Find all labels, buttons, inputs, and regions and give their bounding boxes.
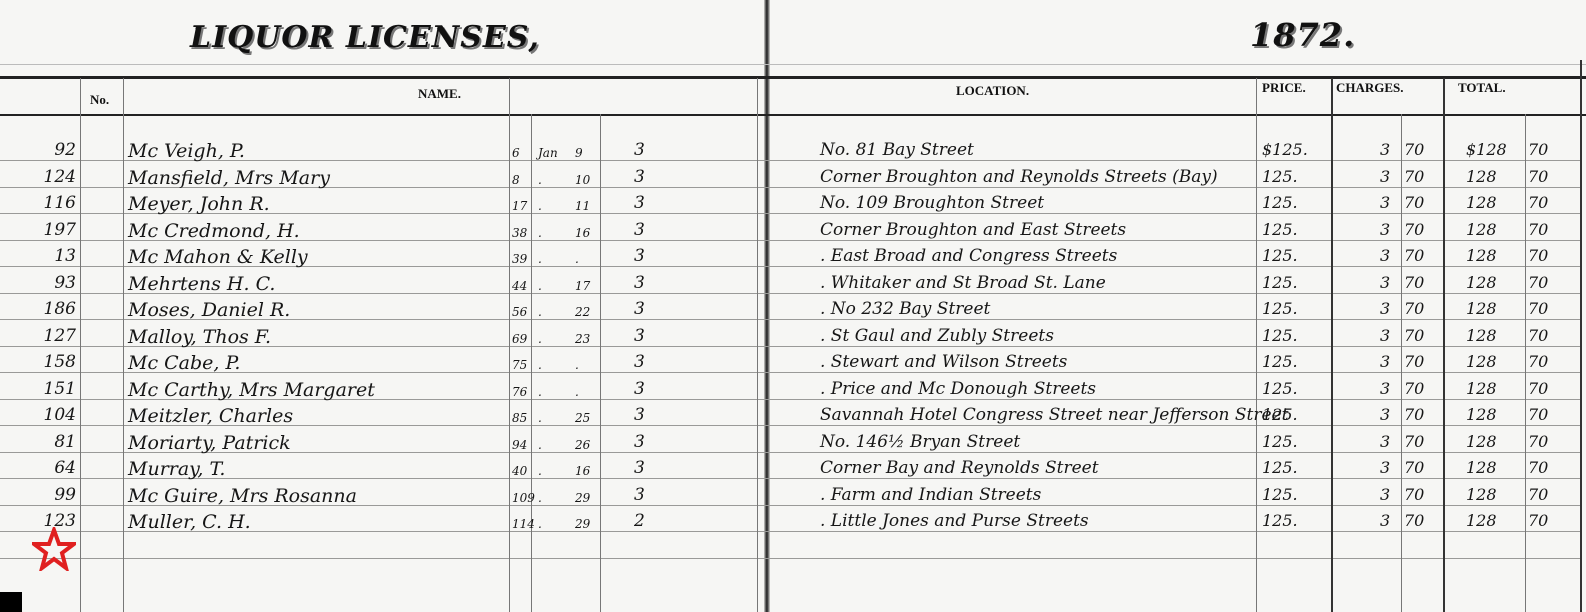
entry-month: . bbox=[538, 173, 542, 187]
page-title: LIQUOR LICENSES, bbox=[190, 20, 540, 55]
table-row: 151Mc Carthy, Mrs Margaret76..3. Price a… bbox=[0, 379, 1580, 405]
table-row: 99Mc Guire, Mrs Rosanna109.293. Farm and… bbox=[0, 485, 1580, 511]
entry-charges-dollars: 3 bbox=[1380, 458, 1390, 477]
entry-location: Corner Bay and Reynolds Street bbox=[820, 458, 1099, 478]
entry-price: 125. bbox=[1262, 405, 1298, 424]
entry-charges-cents: 70 bbox=[1404, 432, 1424, 451]
entry-folio: 39 bbox=[512, 252, 527, 266]
entry-number: 124 bbox=[36, 167, 76, 187]
entry-charges-cents: 70 bbox=[1404, 485, 1424, 504]
table-row: 104Meitzler, Charles85.253Savannah Hotel… bbox=[0, 405, 1580, 431]
header-charges: CHARGES. bbox=[1336, 80, 1404, 96]
entry-total-cents: 70 bbox=[1528, 458, 1548, 477]
entry-name: Mc Guire, Mrs Rosanna bbox=[128, 485, 357, 507]
entry-total-dollars: 128 bbox=[1466, 485, 1497, 504]
entry-price: 125. bbox=[1262, 458, 1298, 477]
entry-day: . bbox=[575, 385, 579, 399]
table-row: 13Mc Mahon & Kelly39..3. East Broad and … bbox=[0, 246, 1580, 272]
entry-name: Moriarty, Patrick bbox=[128, 432, 291, 454]
top-rule bbox=[0, 64, 1586, 65]
header-name: NAME. bbox=[418, 86, 461, 102]
entry-price: 125. bbox=[1262, 299, 1298, 318]
entry-total-dollars: 128 bbox=[1466, 299, 1497, 318]
table-row: 93Mehrtens H. C.44.173. Whitaker and St … bbox=[0, 273, 1580, 299]
entry-total-cents: 70 bbox=[1528, 405, 1548, 424]
entry-charges-dollars: 3 bbox=[1380, 140, 1390, 159]
entry-number: 186 bbox=[36, 299, 76, 319]
entry-number: 13 bbox=[36, 246, 76, 266]
entry-count: 3 bbox=[634, 485, 645, 505]
entry-name: Murray, T. bbox=[128, 458, 225, 480]
entry-price: $125. bbox=[1262, 140, 1308, 159]
entry-total-dollars: 128 bbox=[1466, 246, 1497, 265]
entry-price: 125. bbox=[1262, 511, 1298, 530]
table-row: 186Moses, Daniel R.56.223. No 232 Bay St… bbox=[0, 299, 1580, 325]
entry-day: 26 bbox=[575, 438, 590, 452]
entry-day: 23 bbox=[575, 332, 590, 346]
entry-location: No. 109 Broughton Street bbox=[820, 193, 1044, 213]
entry-total-dollars: 128 bbox=[1466, 273, 1497, 292]
table-row: 127Malloy, Thos F.69.233. St Gaul and Zu… bbox=[0, 326, 1580, 352]
header-total: TOTAL. bbox=[1458, 80, 1506, 96]
entry-charges-dollars: 3 bbox=[1380, 326, 1390, 345]
entry-count: 3 bbox=[634, 458, 645, 478]
entry-total-dollars: 128 bbox=[1466, 511, 1497, 530]
table-row: 197Mc Credmond, H.38.163Corner Broughton… bbox=[0, 220, 1580, 246]
entry-name: Mc Carthy, Mrs Margaret bbox=[128, 379, 375, 401]
entry-name: Muller, C. H. bbox=[128, 511, 251, 533]
entry-total-dollars: 128 bbox=[1466, 405, 1497, 424]
entry-total-cents: 70 bbox=[1528, 220, 1548, 239]
entry-total-cents: 70 bbox=[1528, 511, 1548, 530]
entry-count: 3 bbox=[634, 352, 645, 372]
entry-folio: 17 bbox=[512, 199, 527, 213]
star-icon bbox=[32, 527, 76, 571]
entry-day: 29 bbox=[575, 491, 590, 505]
entry-folio: 56 bbox=[512, 305, 527, 319]
entry-name: Moses, Daniel R. bbox=[128, 299, 290, 321]
entry-charges-dollars: 3 bbox=[1380, 379, 1390, 398]
entry-folio: 40 bbox=[512, 464, 527, 478]
header-location: LOCATION. bbox=[956, 83, 1029, 99]
entry-folio: 69 bbox=[512, 332, 527, 346]
entry-count: 2 bbox=[634, 511, 645, 531]
entry-day: 9 bbox=[575, 146, 583, 160]
entry-count: 3 bbox=[634, 140, 645, 160]
entry-charges-cents: 70 bbox=[1404, 326, 1424, 345]
entry-charges-cents: 70 bbox=[1404, 458, 1424, 477]
entry-number: 158 bbox=[36, 352, 76, 372]
entry-day: . bbox=[575, 252, 579, 266]
entry-month: . bbox=[538, 385, 542, 399]
year-title: 1872. bbox=[1250, 16, 1355, 54]
entry-location: No. 81 Bay Street bbox=[820, 140, 974, 160]
entry-folio: 6 bbox=[512, 146, 520, 160]
entry-total-cents: 70 bbox=[1528, 432, 1548, 451]
entry-total-cents: 70 bbox=[1528, 273, 1548, 292]
entry-price: 125. bbox=[1262, 326, 1298, 345]
entry-total-dollars: 128 bbox=[1466, 220, 1497, 239]
table-row: 123Muller, C. H.114.292. Little Jones an… bbox=[0, 511, 1580, 537]
entry-charges-cents: 70 bbox=[1404, 511, 1424, 530]
entry-name: Meitzler, Charles bbox=[128, 405, 293, 427]
entry-month: . bbox=[538, 199, 542, 213]
entry-charges-dollars: 3 bbox=[1380, 511, 1390, 530]
entry-day: 17 bbox=[575, 279, 590, 293]
entry-total-dollars: $128 bbox=[1466, 140, 1507, 159]
entry-charges-cents: 70 bbox=[1404, 299, 1424, 318]
entry-count: 3 bbox=[634, 167, 645, 187]
entry-day: 25 bbox=[575, 411, 590, 425]
entry-location: Corner Broughton and East Streets bbox=[820, 220, 1126, 240]
table-row: 116Meyer, John R.17.113No. 109 Broughton… bbox=[0, 193, 1580, 219]
entry-price: 125. bbox=[1262, 273, 1298, 292]
entry-number: 81 bbox=[36, 432, 76, 452]
entry-month: . bbox=[538, 517, 542, 531]
entry-month: . bbox=[538, 438, 542, 452]
entry-charges-dollars: 3 bbox=[1380, 246, 1390, 265]
entry-price: 125. bbox=[1262, 193, 1298, 212]
entry-location: No. 146½ Bryan Street bbox=[820, 432, 1020, 452]
entry-name: Mehrtens H. C. bbox=[128, 273, 275, 295]
entry-month: . bbox=[538, 252, 542, 266]
entry-total-dollars: 128 bbox=[1466, 458, 1497, 477]
entry-number: 104 bbox=[36, 405, 76, 425]
right-edge-rule bbox=[1580, 60, 1582, 612]
entry-month: . bbox=[538, 491, 542, 505]
entry-name: Mc Credmond, H. bbox=[128, 220, 300, 242]
entry-location: . Price and Mc Donough Streets bbox=[820, 379, 1096, 399]
entry-name: Mc Veigh, P. bbox=[128, 140, 245, 162]
entry-number: 197 bbox=[36, 220, 76, 240]
entry-total-dollars: 128 bbox=[1466, 167, 1497, 186]
entry-number: 116 bbox=[36, 193, 76, 213]
entry-folio: 75 bbox=[512, 358, 527, 372]
entry-folio: 44 bbox=[512, 279, 527, 293]
entry-count: 3 bbox=[634, 273, 645, 293]
entry-total-dollars: 128 bbox=[1466, 352, 1497, 371]
entry-name: Mansfield, Mrs Mary bbox=[128, 167, 330, 189]
entry-month: . bbox=[538, 279, 542, 293]
entry-month: . bbox=[538, 464, 542, 478]
entry-price: 125. bbox=[1262, 352, 1298, 371]
entry-folio: 109 bbox=[512, 491, 535, 505]
entry-total-cents: 70 bbox=[1528, 379, 1548, 398]
entry-month: . bbox=[538, 332, 542, 346]
entry-charges-cents: 70 bbox=[1404, 167, 1424, 186]
entry-count: 3 bbox=[634, 326, 645, 346]
entry-number: 151 bbox=[36, 379, 76, 399]
entry-number: 92 bbox=[36, 140, 76, 160]
entry-day: 10 bbox=[575, 173, 590, 187]
entry-month: . bbox=[538, 226, 542, 240]
entry-location: . Whitaker and St Broad St. Lane bbox=[820, 273, 1106, 293]
entry-count: 3 bbox=[634, 432, 645, 452]
entry-count: 3 bbox=[634, 246, 645, 266]
header-no: No. bbox=[90, 92, 109, 108]
header-price: PRICE. bbox=[1262, 80, 1306, 96]
entry-charges-cents: 70 bbox=[1404, 220, 1424, 239]
entry-location: . St Gaul and Zubly Streets bbox=[820, 326, 1054, 346]
entry-count: 3 bbox=[634, 379, 645, 399]
entry-location: . Stewart and Wilson Streets bbox=[820, 352, 1067, 372]
entry-location: . East Broad and Congress Streets bbox=[820, 246, 1117, 266]
header-top-rule bbox=[0, 76, 1586, 79]
entry-price: 125. bbox=[1262, 246, 1298, 265]
entry-price: 125. bbox=[1262, 485, 1298, 504]
entry-total-dollars: 128 bbox=[1466, 326, 1497, 345]
entry-charges-dollars: 3 bbox=[1380, 405, 1390, 424]
entry-charges-cents: 70 bbox=[1404, 246, 1424, 265]
entry-name: Malloy, Thos F. bbox=[128, 326, 271, 348]
scan-artifact bbox=[0, 592, 22, 612]
entry-charges-dollars: 3 bbox=[1380, 299, 1390, 318]
entry-total-dollars: 128 bbox=[1466, 193, 1497, 212]
entry-location: Savannah Hotel Congress Street near Jeff… bbox=[820, 405, 1288, 425]
entry-charges-dollars: 3 bbox=[1380, 485, 1390, 504]
entry-day: 11 bbox=[575, 199, 590, 213]
entry-folio: 94 bbox=[512, 438, 527, 452]
entry-day: 22 bbox=[575, 305, 590, 319]
entry-location: . Little Jones and Purse Streets bbox=[820, 511, 1089, 531]
entry-total-cents: 70 bbox=[1528, 193, 1548, 212]
entry-location: Corner Broughton and Reynolds Streets (B… bbox=[820, 167, 1218, 187]
entry-charges-dollars: 3 bbox=[1380, 273, 1390, 292]
entry-number: 93 bbox=[36, 273, 76, 293]
entry-charges-cents: 70 bbox=[1404, 379, 1424, 398]
entry-count: 3 bbox=[634, 299, 645, 319]
entry-folio: 76 bbox=[512, 385, 527, 399]
entry-day: 16 bbox=[575, 226, 590, 240]
table-row: 81Moriarty, Patrick94.263No. 146½ Bryan … bbox=[0, 432, 1580, 458]
entry-charges-cents: 70 bbox=[1404, 140, 1424, 159]
entry-number: 99 bbox=[36, 485, 76, 505]
entry-day: 29 bbox=[575, 517, 590, 531]
entry-total-dollars: 128 bbox=[1466, 379, 1497, 398]
table-row: 124Mansfield, Mrs Mary8.103Corner Brough… bbox=[0, 167, 1580, 193]
entry-charges-dollars: 3 bbox=[1380, 220, 1390, 239]
entry-price: 125. bbox=[1262, 432, 1298, 451]
ruled-line bbox=[0, 558, 1580, 559]
entry-location: . No 232 Bay Street bbox=[820, 299, 990, 319]
entry-folio: 38 bbox=[512, 226, 527, 240]
entry-number: 127 bbox=[36, 326, 76, 346]
entry-folio: 114 bbox=[512, 517, 535, 531]
entry-count: 3 bbox=[634, 405, 645, 425]
entry-month: Jan bbox=[538, 146, 558, 160]
entry-total-cents: 70 bbox=[1528, 326, 1548, 345]
entry-total-cents: 70 bbox=[1528, 246, 1548, 265]
entry-price: 125. bbox=[1262, 167, 1298, 186]
entry-folio: 8 bbox=[512, 173, 520, 187]
entry-name: Mc Cabe, P. bbox=[128, 352, 240, 374]
entry-total-cents: 70 bbox=[1528, 167, 1548, 186]
entry-month: . bbox=[538, 358, 542, 372]
entry-total-cents: 70 bbox=[1528, 299, 1548, 318]
entry-price: 125. bbox=[1262, 379, 1298, 398]
table-row: 92Mc Veigh, P.6Jan93No. 81 Bay Street$12… bbox=[0, 140, 1580, 166]
entry-total-dollars: 128 bbox=[1466, 432, 1497, 451]
entry-month: . bbox=[538, 305, 542, 319]
entry-number: 64 bbox=[36, 458, 76, 478]
entry-location: . Farm and Indian Streets bbox=[820, 485, 1041, 505]
entry-name: Meyer, John R. bbox=[128, 193, 270, 215]
entry-charges-cents: 70 bbox=[1404, 352, 1424, 371]
entry-charges-dollars: 3 bbox=[1380, 432, 1390, 451]
entry-count: 3 bbox=[634, 220, 645, 240]
entry-total-cents: 70 bbox=[1528, 352, 1548, 371]
entry-total-cents: 70 bbox=[1528, 485, 1548, 504]
entry-total-cents: 70 bbox=[1528, 140, 1548, 159]
entry-charges-dollars: 3 bbox=[1380, 193, 1390, 212]
header-bottom-rule bbox=[0, 114, 1586, 116]
entry-charges-dollars: 3 bbox=[1380, 167, 1390, 186]
entry-charges-cents: 70 bbox=[1404, 193, 1424, 212]
entry-charges-cents: 70 bbox=[1404, 273, 1424, 292]
entry-month: . bbox=[538, 411, 542, 425]
entry-charges-dollars: 3 bbox=[1380, 352, 1390, 371]
entry-price: 125. bbox=[1262, 220, 1298, 239]
entry-count: 3 bbox=[634, 193, 645, 213]
entry-day: 16 bbox=[575, 464, 590, 478]
entry-day: . bbox=[575, 358, 579, 372]
table-row: 158Mc Cabe, P.75..3. Stewart and Wilson … bbox=[0, 352, 1580, 378]
entry-charges-cents: 70 bbox=[1404, 405, 1424, 424]
table-row: 64Murray, T.40.163Corner Bay and Reynold… bbox=[0, 458, 1580, 484]
entry-name: Mc Mahon & Kelly bbox=[128, 246, 308, 268]
entry-folio: 85 bbox=[512, 411, 527, 425]
